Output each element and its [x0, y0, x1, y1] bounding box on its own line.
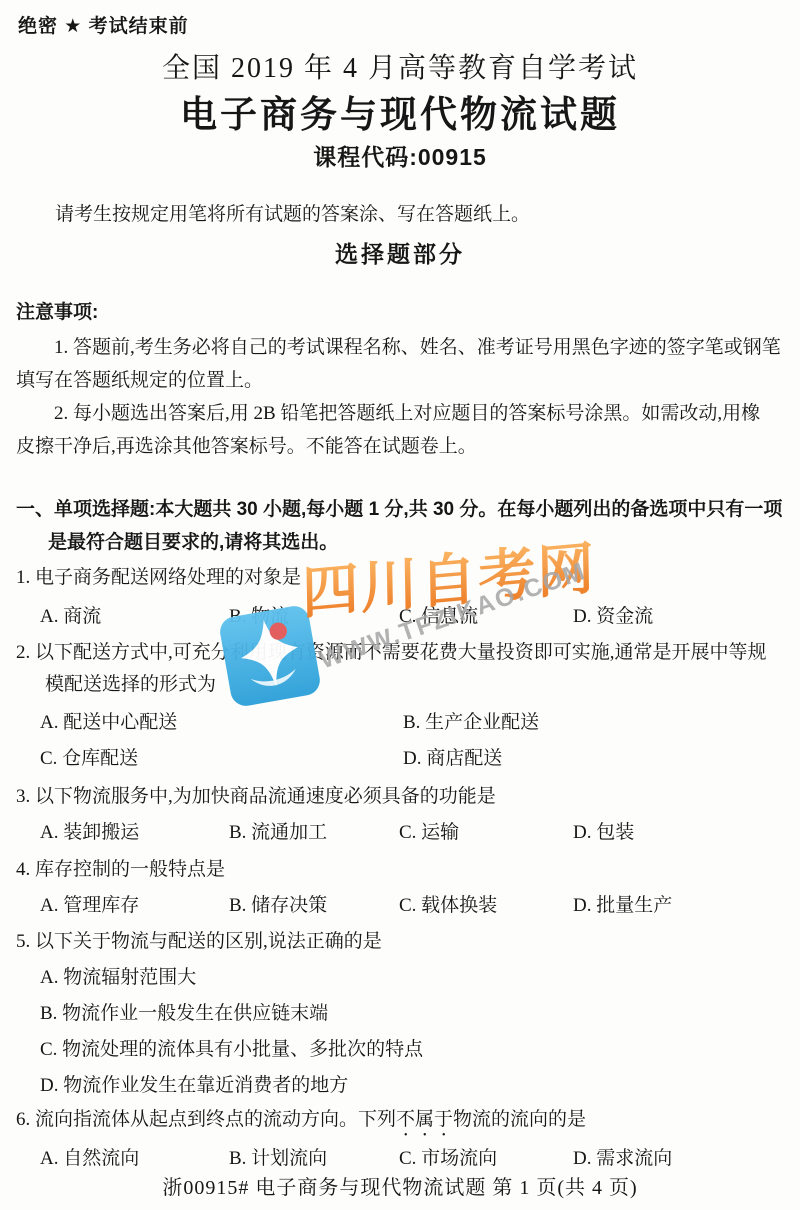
option-item: B. 计划流向	[229, 1143, 399, 1170]
option-item: B. 物流	[229, 601, 399, 628]
option-item: A. 物流辐射范围大	[40, 962, 196, 989]
option-item: A. 自然流向	[40, 1143, 229, 1170]
question-6-text: 6. 流向指流体从起点到终点的流动方向。下列不属于物流的流向的是	[16, 1104, 586, 1141]
option-item: D. 资金流	[573, 601, 780, 628]
question-6-text-pre: 6. 流向指流体从起点到终点的流动方向。下列	[16, 1109, 396, 1130]
option-item: C. 市场流向	[399, 1143, 573, 1170]
option-item: B. 生产企业配送	[403, 707, 780, 734]
option-item: C. 物流处理的流体具有小批量、多批次的特点	[40, 1034, 423, 1061]
page-footer: 浙00915# 电子商务与现代物流试题 第 1 页(共 4 页)	[0, 1171, 800, 1200]
note-item-2-line-2: 皮擦干净后,再选涂其他答案标号。不能答在试题卷上。	[16, 431, 477, 458]
question-1-text: 1. 电子商务配送网络处理的对象是	[16, 562, 301, 589]
option-item: D. 批量生产	[573, 890, 780, 917]
option-item: C. 仓库配送	[40, 743, 403, 770]
question-4-text: 4. 库存控制的一般特点是	[16, 854, 225, 881]
question-6-options: A. 自然流向 B. 计划流向 C. 市场流向 D. 需求流向	[40, 1143, 780, 1170]
exam-paper-title: 电子商务与现代物流试题	[0, 84, 800, 138]
option-item: D. 需求流向	[573, 1143, 780, 1170]
option-item: C. 信息流	[399, 601, 573, 628]
part-one-heading-line-1: 一、单项选择题:本大题共 30 小题,每小题 1 分,共 30 分。在每小题列出…	[16, 494, 782, 521]
part-one-heading-line-2: 是最符合题目要求的,请将其选出。	[48, 527, 338, 554]
option-item: C. 运输	[399, 817, 573, 844]
question-5-text: 5. 以下关于物流与配送的区别,说法正确的是	[16, 926, 382, 953]
question-4-options: A. 管理库存 B. 储存决策 C. 载体换装 D. 批量生产	[40, 890, 780, 917]
question-3-options: A. 装卸搬运 B. 流通加工 C. 运输 D. 包装	[40, 817, 780, 844]
notes-heading: 注意事项:	[16, 297, 98, 324]
option-item: D. 物流作业发生在靠近消费者的地方	[40, 1070, 348, 1097]
question-6-text-post: 物流的流向的是	[453, 1109, 586, 1130]
note-item-1-line-2: 填写在答题纸规定的位置上。	[16, 365, 263, 392]
question-2-text-line-1: 2. 以下配送方式中,可充分利用现有资源而不需要花费大量投资即可实施,通常是开展…	[16, 637, 767, 664]
question-2-options-row-2: C. 仓库配送 D. 商店配送	[40, 743, 780, 770]
option-item: C. 载体换装	[399, 890, 573, 917]
question-2-options-row-1: A. 配送中心配送 B. 生产企业配送	[40, 707, 780, 734]
section-heading: 选择题部分	[0, 236, 800, 269]
question-3-text: 3. 以下物流服务中,为加快商品流通速度必须具备的功能是	[16, 781, 496, 808]
question-2-text-line-2: 模配送选择的形式为	[45, 669, 216, 696]
note-item-1-line-1: 1. 答题前,考生务必将自己的考试课程名称、姓名、准考证号用黑色字迹的签字笔或钢…	[54, 332, 781, 359]
security-banner: 绝密 ★ 考试结束前	[18, 11, 189, 38]
exam-paper-page: 绝密 ★ 考试结束前 全国 2019 年 4 月高等教育自学考试 电子商务与现代…	[0, 0, 800, 1210]
exam-session-title: 全国 2019 年 4 月高等教育自学考试	[0, 46, 800, 86]
option-item: A. 装卸搬运	[40, 817, 229, 844]
option-item: D. 商店配送	[403, 743, 780, 770]
option-item: A. 商流	[40, 601, 229, 628]
note-item-2-line-1: 2. 每小题选出答案后,用 2B 铅笔把答题纸上对应题目的答案标号涂黑。如需改动…	[54, 398, 760, 425]
question-6-text-emphasized: 不属于	[396, 1109, 453, 1130]
option-item: B. 储存决策	[229, 890, 399, 917]
option-item: A. 管理库存	[40, 890, 229, 917]
option-item: B. 流通加工	[229, 817, 399, 844]
option-item: B. 物流作业一般发生在供应链末端	[40, 998, 328, 1025]
option-item: A. 配送中心配送	[40, 707, 403, 734]
course-code: 课程代码:00915	[0, 139, 800, 172]
question-1-options: A. 商流 B. 物流 C. 信息流 D. 资金流	[40, 601, 780, 628]
notice-line: 请考生按规定用笔将所有试题的答案涂、写在答题纸上。	[55, 199, 530, 226]
option-item: D. 包装	[573, 817, 780, 844]
